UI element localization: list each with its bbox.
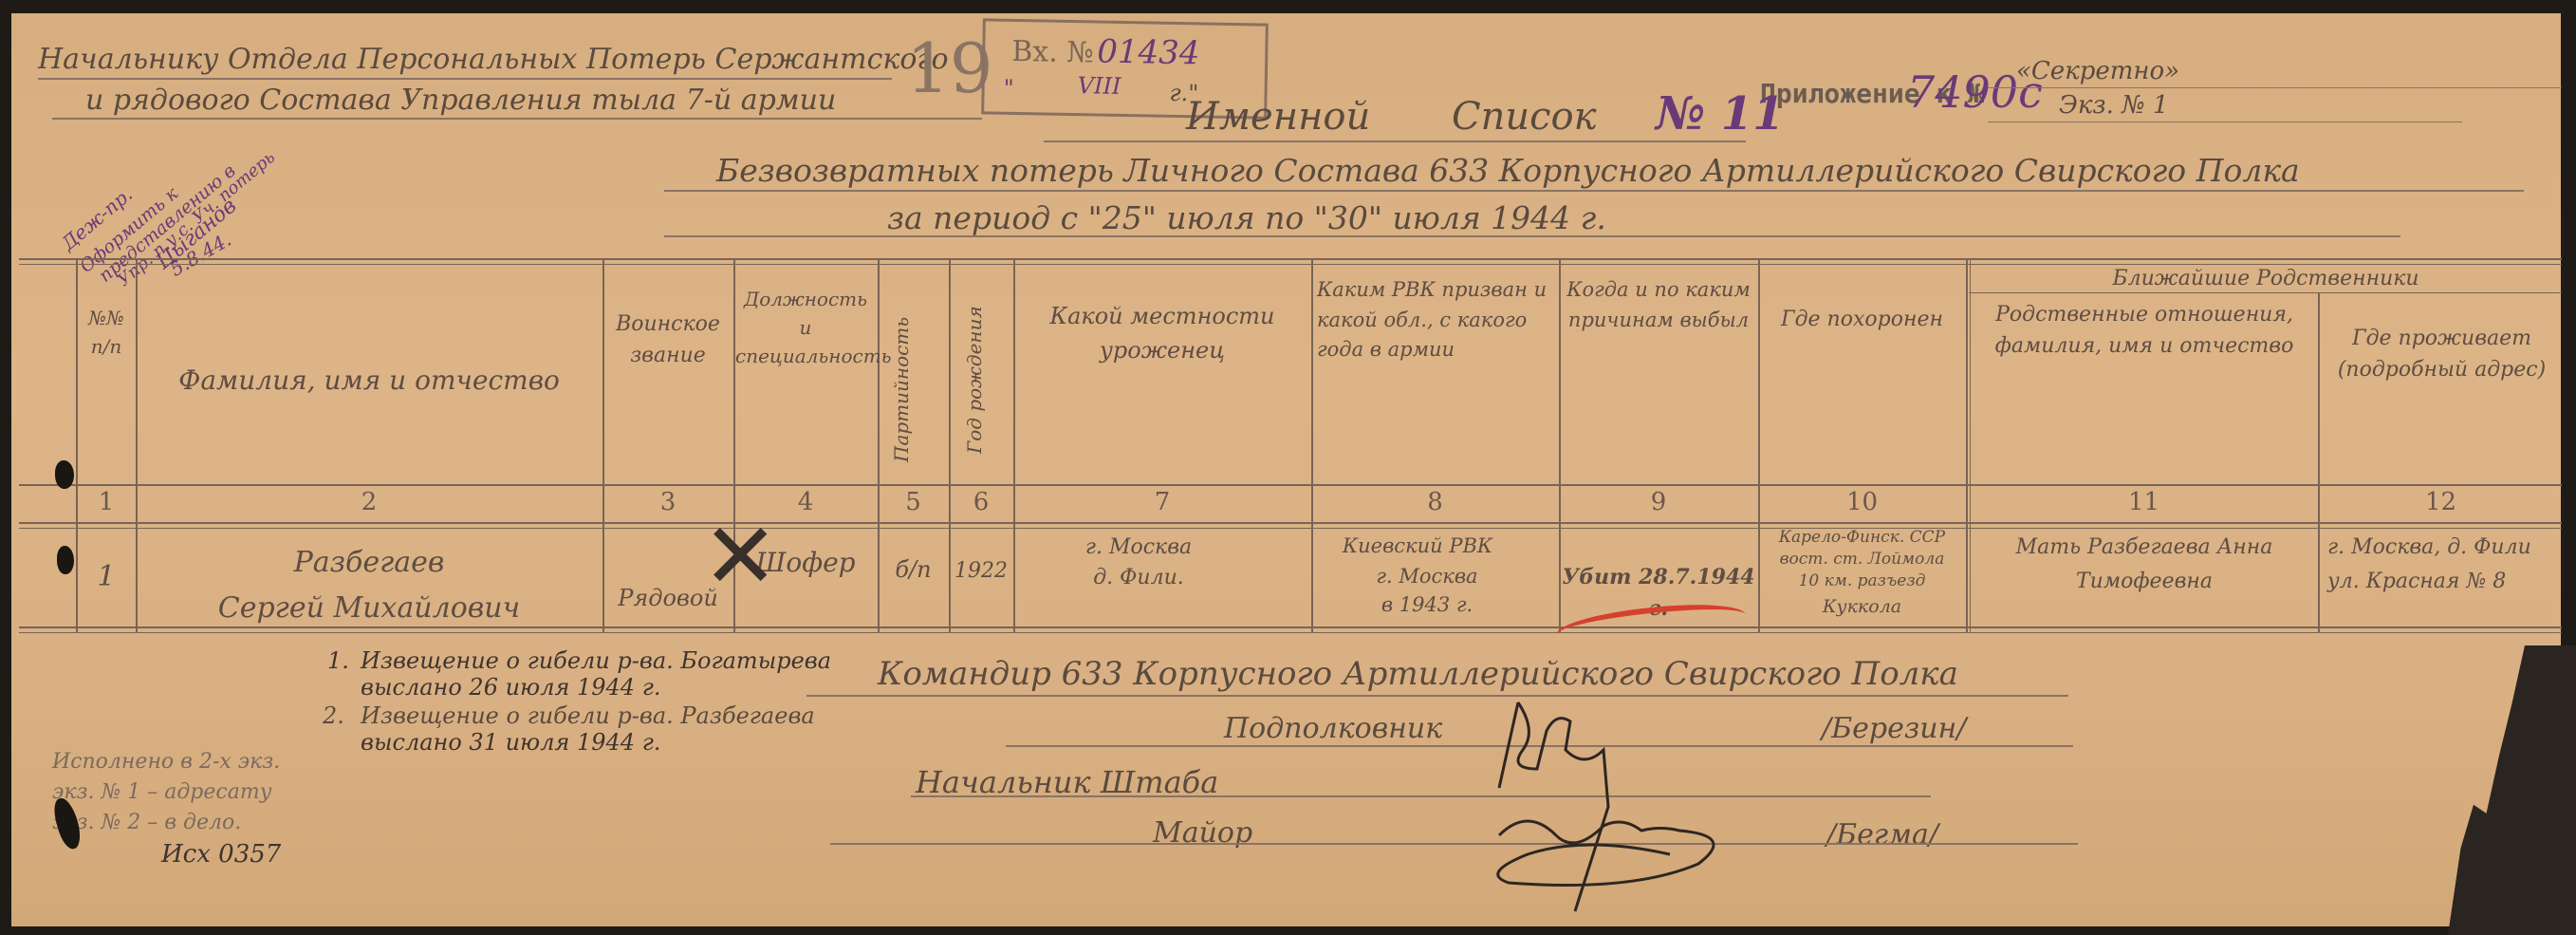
title-rule-1 xyxy=(1044,140,1746,142)
stamp-month: VIII xyxy=(1077,72,1121,100)
row-burial-4: Куккола xyxy=(1760,594,1964,620)
header-rank: Воинское звание xyxy=(604,309,732,371)
binding-hole-3 xyxy=(55,460,74,489)
row-num: 1 xyxy=(78,555,135,598)
cross-mark-icon: ✕ xyxy=(702,503,778,609)
header-origin: Какой местности уроженец xyxy=(1015,299,1309,367)
distribution-line-1: Исполнено в 2-х экз. xyxy=(52,750,280,774)
distribution-line-3: экз. № 2 – в дело. xyxy=(52,811,241,834)
col-number-10: 10 xyxy=(1760,488,1964,516)
numbers-bottom-border-inner xyxy=(19,528,2562,529)
row-party: б/п xyxy=(880,552,947,587)
col-line-12 xyxy=(2318,292,2320,632)
distribution-line-2: экз. № 1 – адресату xyxy=(52,780,271,804)
row-rvk-2: г. Москва xyxy=(1313,562,1541,592)
col-line-11 xyxy=(1966,258,1968,632)
row-last-name: Разбегаев xyxy=(138,541,601,584)
title-line-2: Безвозвратных потерь Личного Состава 633… xyxy=(716,152,2300,189)
addressee-line-2: и рядового Состава Управления тыла 7-й а… xyxy=(85,84,836,117)
col-number-8: 8 xyxy=(1313,488,1557,516)
row-burial-3: 10 км. разъезд xyxy=(1760,570,1964,593)
col-number-9: 9 xyxy=(1561,488,1756,516)
secrecy-rule xyxy=(1988,87,2562,88)
col-number-2: 2 xyxy=(138,488,601,516)
header-relatives-group: Ближайшие Родственники xyxy=(1972,263,2560,294)
secrecy-mark: «Секретно» xyxy=(2016,57,2179,85)
header-rvk: Каким РВК призван и какой обл., с какого… xyxy=(1313,275,1561,365)
chief-signature-icon xyxy=(1490,797,1793,902)
addressee-line-1: Начальнику Отдела Персональных Потерь Се… xyxy=(38,43,949,76)
col-number-7: 7 xyxy=(1015,488,1309,516)
stamp-label: Вх. № xyxy=(1011,35,1094,70)
row-relative-1: Мать Разбегаева Анна xyxy=(1974,532,2315,563)
commander-line: Командир 633 Корпусного Артиллерийского … xyxy=(878,655,1958,693)
header-position: Должность и специальность xyxy=(735,285,876,370)
col-line-11b xyxy=(1970,258,1971,632)
list-number: № 11 xyxy=(1656,87,1785,140)
row-rvk-3: в 1943 г. xyxy=(1313,590,1541,621)
header-reason: Когда и по каким причинам выбыл xyxy=(1561,275,1756,335)
outgoing-number: Исх 0357 xyxy=(161,840,281,869)
row-origin-1: г. Москва xyxy=(1015,532,1262,563)
col-number-5: 5 xyxy=(880,488,947,516)
row-relative-2: Тимофеевна xyxy=(1974,566,2315,597)
chief-name: /Бегма/ xyxy=(1826,818,1938,851)
header-party: Партийность xyxy=(887,304,916,475)
footnote-2-line-1: Извещение о гибели р-ва. Разбегаева xyxy=(361,702,815,729)
copy-rule xyxy=(1988,122,2462,122)
document-sheet xyxy=(11,13,2564,926)
row-burial-2: вост. ст. Лоймола xyxy=(1760,549,1964,571)
commander-rank: Подполковник xyxy=(1224,712,1442,745)
col-number-11: 11 xyxy=(1972,488,2316,516)
col-number-12: 12 xyxy=(2320,488,2562,516)
header-burial: Где похоронен xyxy=(1760,304,1964,335)
commander-name: /Березин/ xyxy=(1822,712,1966,745)
binding-hole-2 xyxy=(57,546,74,574)
row-address-2: ул. Красная № 8 xyxy=(2322,566,2567,597)
table-top-border xyxy=(19,258,2562,260)
table-bottom-border-inner xyxy=(19,632,2562,633)
row-burial-1: Карело-Финск. ССР xyxy=(1760,527,1964,550)
commander-rule xyxy=(806,695,2068,697)
footnote-2-number: 2. xyxy=(323,702,344,729)
title-rule-2 xyxy=(664,190,2524,192)
title-imennoy: Именной xyxy=(1186,95,1370,139)
header-address: Где проживает (подробный адрес) xyxy=(2322,323,2562,385)
footnote-2-line-2: выслано 31 июля 1944 г. xyxy=(361,729,660,756)
chief-rank-rule xyxy=(830,843,2078,845)
footnote-1-line-1: Извещение о гибели р-ва. Богатырева xyxy=(361,647,831,674)
header-num: №№ п/п xyxy=(78,304,135,361)
col-number-6: 6 xyxy=(951,488,1011,516)
header-full-name: Фамилия, имя и отчество xyxy=(138,361,601,401)
title-line-3: за период с "25" июля по "30" июля 1944 … xyxy=(887,199,1606,236)
copy-number: Экз. № 1 xyxy=(2059,91,2169,120)
header-birth-year: Год рождения xyxy=(960,285,989,475)
footnote-1-number: 1. xyxy=(327,647,349,674)
header-bottom-border xyxy=(19,484,2562,486)
title-spisok: Список xyxy=(1452,95,1597,139)
row-first-middle: Сергей Михайлович xyxy=(138,587,601,629)
row-birth-year: 1922 xyxy=(951,555,1011,587)
stamp-number: 01434 xyxy=(1097,32,1200,72)
title-rule-3 xyxy=(664,235,2400,237)
row-address-1: г. Москва, д. Фили xyxy=(2322,532,2567,563)
header-relative-name: Родственные отношения, фамилия, имя и от… xyxy=(1974,299,2315,362)
row-rvk-1: Киевский РВК xyxy=(1313,532,1522,562)
numbers-bottom-border xyxy=(19,522,2562,524)
col-number-1: 1 xyxy=(78,488,135,516)
addressee-rule-1 xyxy=(38,78,892,80)
row-origin-2: д. Фили. xyxy=(1015,562,1262,593)
sheet-number: 19 xyxy=(906,28,993,108)
stamp-day: " xyxy=(1003,75,1014,102)
addressee-rule-2 xyxy=(52,118,982,120)
footnote-1-line-2: выслано 26 июля 1944 г. xyxy=(361,674,660,701)
